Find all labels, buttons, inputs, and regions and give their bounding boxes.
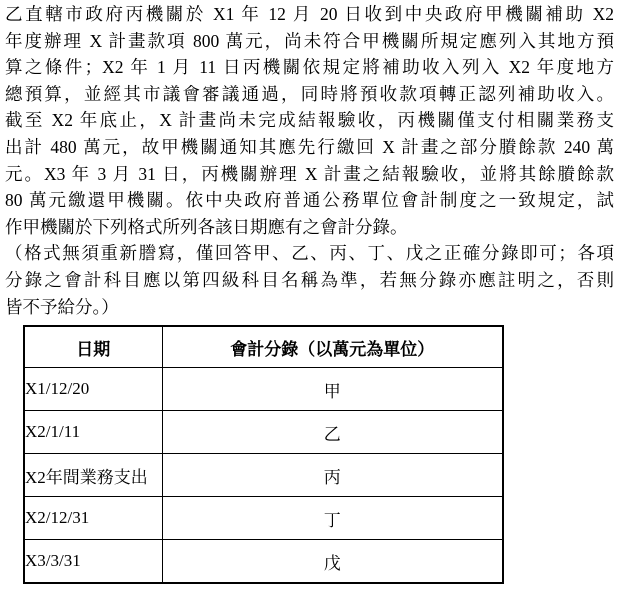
table-row: X1/12/20 甲	[24, 368, 503, 411]
table-row: X3/3/31 戊	[24, 540, 503, 584]
question-text-block: 乙直轄市政府丙機關於 X1 年 12 月 20 日收到中央政府甲機關補助 X2 …	[5, 1, 614, 320]
table-header-entry: 會計分錄（以萬元為單位）	[162, 326, 503, 368]
table-header-row: 日期 會計分錄（以萬元為單位）	[24, 326, 503, 368]
date-cell: X2/1/11	[24, 411, 162, 454]
date-cell: X1/12/20	[24, 368, 162, 411]
paragraph-line: 出計 480 萬元，故甲機關通知其應先行繳回 X 計畫之部分賸餘款 240 萬	[5, 134, 614, 161]
paragraph-line: 作甲機關於下列格式所列各該日期應有之會計分錄。	[5, 214, 614, 241]
note-line: 分錄之會計科目應以第四級科目名稱為準，若無分錄亦應註明之，否則	[5, 267, 614, 294]
date-cell: X3/3/31	[24, 540, 162, 584]
table-row: X2/12/31 丁	[24, 497, 503, 540]
paragraph-line: 總預算，並經其市議會審議通過，同時將預收款項轉正認列補助收入。	[5, 81, 614, 108]
paragraph-line: 元。X3 年 3 月 31 日，丙機關辦理 X 計畫之結報驗收，並將其餘賸餘款	[5, 161, 614, 188]
table-row: X2年間業務支出 丙	[24, 454, 503, 497]
entry-cell: 乙	[162, 411, 503, 454]
entry-cell: 戊	[162, 540, 503, 584]
entry-cell: 丁	[162, 497, 503, 540]
paragraph-line: 截至 X2 年底止，X 計畫尚未完成結報驗收，丙機關僅支付相關業務支	[5, 107, 614, 134]
paragraph-line: 80 萬元繳還甲機關。依中央政府普通公務單位會計制度之一致規定，試	[5, 187, 614, 214]
table-row: X2/1/11 乙	[24, 411, 503, 454]
date-cell: X2年間業務支出	[24, 454, 162, 497]
entry-cell: 丙	[162, 454, 503, 497]
exam-question-page: 乙直轄市政府丙機關於 X1 年 12 月 20 日收到中央政府甲機關補助 X2 …	[0, 0, 619, 593]
journal-entry-table: 日期 會計分錄（以萬元為單位） X1/12/20 甲 X2/1/11 乙 X2年…	[23, 325, 504, 584]
note-line: 皆不予給分。）	[5, 294, 614, 321]
paragraph-line: 年度辦理 X 計畫款項 800 萬元，尚未符合甲機關所規定應列入其地方預	[5, 28, 614, 55]
date-cell: X2/12/31	[24, 497, 162, 540]
entry-cell: 甲	[162, 368, 503, 411]
note-line: （格式無須重新謄寫，僅回答甲、乙、丙、丁、戊之正確分錄即可；各項	[5, 240, 614, 267]
table-header-date: 日期	[24, 326, 162, 368]
paragraph-line: 乙直轄市政府丙機關於 X1 年 12 月 20 日收到中央政府甲機關補助 X2	[5, 1, 614, 28]
paragraph-line: 算之條件；X2 年 1 月 11 日丙機關依規定將補助收入列入 X2 年度地方	[5, 54, 614, 81]
